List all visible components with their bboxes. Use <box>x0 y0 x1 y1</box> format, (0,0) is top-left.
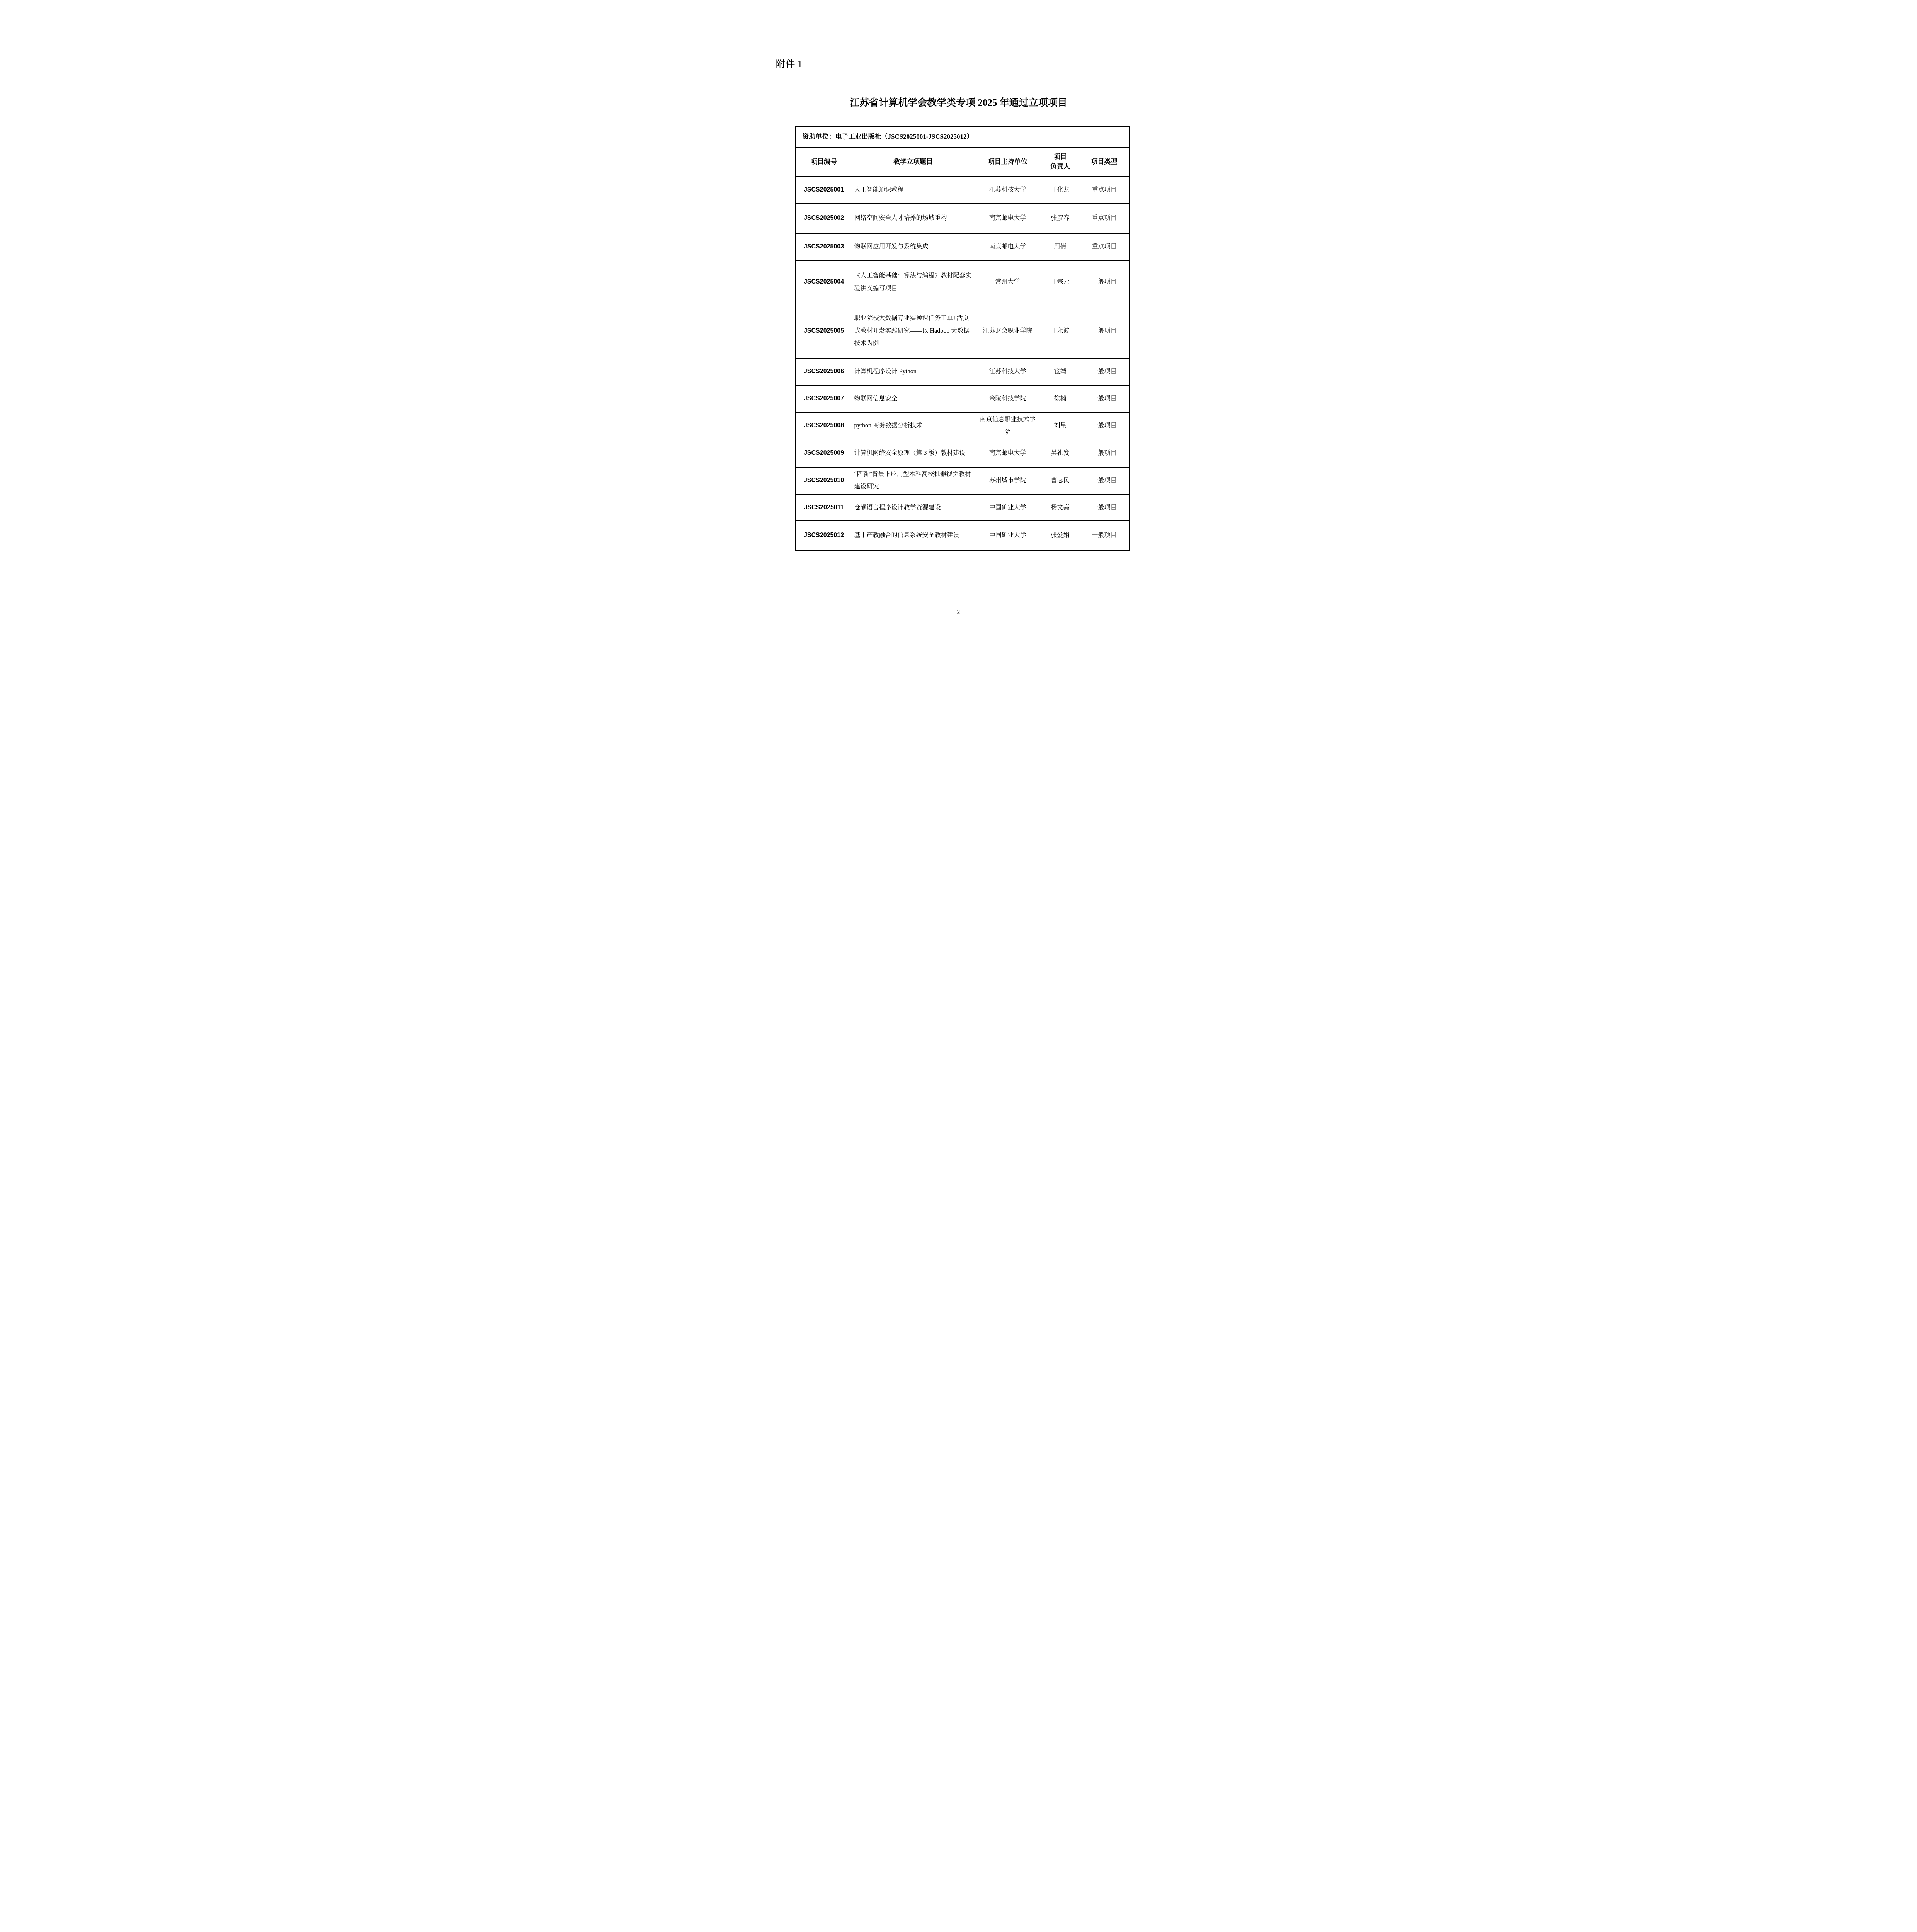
project-type-cell: 一般项目 <box>1080 495 1129 521</box>
column-header-code: 项目编号 <box>796 147 852 177</box>
table-row: JSCS2025008 python 商务数据分析技术 南京信息职业技术学院 刘… <box>796 412 1129 440</box>
project-type-cell: 重点项目 <box>1080 203 1129 233</box>
table-row: JSCS2025001 人工智能通识教程 江苏科技大学 于化龙 重点项目 <box>796 177 1129 204</box>
project-code-cell: JSCS2025011 <box>796 495 852 521</box>
column-header-title: 教学立项题目 <box>852 147 975 177</box>
attachment-label: 附件 1 <box>776 59 803 70</box>
leader-cell: 丁宗元 <box>1041 260 1080 304</box>
project-code-cell: JSCS2025009 <box>796 440 852 467</box>
project-code-cell: JSCS2025003 <box>796 233 852 260</box>
column-header-leader: 项目 负责人 <box>1041 147 1080 177</box>
host-unit-cell: 苏州城市学院 <box>975 467 1041 495</box>
leader-cell: 于化龙 <box>1041 177 1080 204</box>
page-number: 2 <box>719 609 1198 616</box>
project-type-cell: 重点项目 <box>1080 177 1129 204</box>
host-unit-cell: 金陵科技学院 <box>975 385 1041 412</box>
host-unit-cell: 中国矿业大学 <box>975 495 1041 521</box>
sponsor-header-cell: 资助单位：电子工业出版社（JSCS2025001-JSCS2025012） <box>796 126 1129 148</box>
leader-cell: 曹志民 <box>1041 467 1080 495</box>
table-row: JSCS2025009 计算机网络安全原理（第 3 版）教材建设 南京邮电大学 … <box>796 440 1129 467</box>
column-header-leader-line2: 负责人 <box>1042 162 1079 172</box>
column-header-leader-line1: 项目 <box>1042 152 1079 162</box>
project-title-cell: 人工智能通识教程 <box>852 177 975 204</box>
project-code-cell: JSCS2025006 <box>796 358 852 385</box>
leader-cell: 丁永波 <box>1041 304 1080 358</box>
leader-cell: 杨文嘉 <box>1041 495 1080 521</box>
host-unit-cell: 中国矿业大学 <box>975 521 1041 551</box>
project-type-cell: 重点项目 <box>1080 233 1129 260</box>
project-type-cell: 一般项目 <box>1080 521 1129 551</box>
leader-cell: 张彦春 <box>1041 203 1080 233</box>
table-row: JSCS2025012 基于产教融合的信息系统安全教材建设 中国矿业大学 张爱娟… <box>796 521 1129 551</box>
host-unit-cell: 江苏财会职业学院 <box>975 304 1041 358</box>
project-type-cell: 一般项目 <box>1080 304 1129 358</box>
project-code-cell: JSCS2025005 <box>796 304 852 358</box>
project-title-cell: 计算机程序设计 Python <box>852 358 975 385</box>
project-type-cell: 一般项目 <box>1080 467 1129 495</box>
column-header-unit: 项目主持单位 <box>975 147 1041 177</box>
project-title-cell: 《人工智能基础：算法与编程》教材配套实验讲义编写项目 <box>852 260 975 304</box>
table-row: JSCS2025007 物联网信息安全 金陵科技学院 徐楠 一般项目 <box>796 385 1129 412</box>
table-row: JSCS2025004 《人工智能基础：算法与编程》教材配套实验讲义编写项目 常… <box>796 260 1129 304</box>
column-header-row: 项目编号 教学立项题目 项目主持单位 项目 负责人 项目类型 <box>796 147 1129 177</box>
column-header-type: 项目类型 <box>1080 147 1129 177</box>
host-unit-cell: 南京邮电大学 <box>975 440 1041 467</box>
host-unit-cell: 江苏科技大学 <box>975 358 1041 385</box>
table-row: JSCS2025011 仓颉语言程序设计教学资源建设 中国矿业大学 杨文嘉 一般… <box>796 495 1129 521</box>
project-title-cell: 网络空间安全人才培养的场域重构 <box>852 203 975 233</box>
leader-cell: 周倩 <box>1041 233 1080 260</box>
project-title-cell: 仓颉语言程序设计教学资源建设 <box>852 495 975 521</box>
host-unit-cell: 南京邮电大学 <box>975 233 1041 260</box>
project-title-cell: 基于产教融合的信息系统安全教材建设 <box>852 521 975 551</box>
project-code-cell: JSCS2025004 <box>796 260 852 304</box>
host-unit-cell: 南京信息职业技术学院 <box>975 412 1041 440</box>
project-type-cell: 一般项目 <box>1080 412 1129 440</box>
leader-cell: 刘星 <box>1041 412 1080 440</box>
project-title-cell: 职业院校大数据专业实操课任务工单+活页式教材开发实践研究——以 Hadoop 大… <box>852 304 975 358</box>
project-type-cell: 一般项目 <box>1080 440 1129 467</box>
project-title-cell: 计算机网络安全原理（第 3 版）教材建设 <box>852 440 975 467</box>
table-row: JSCS2025010 “四新”背景下应用型本科高校机器视觉教材建设研究 苏州城… <box>796 467 1129 495</box>
host-unit-cell: 常州大学 <box>975 260 1041 304</box>
host-unit-cell: 江苏科技大学 <box>975 177 1041 204</box>
project-title-cell: “四新”背景下应用型本科高校机器视觉教材建设研究 <box>852 467 975 495</box>
table-row: JSCS2025003 物联网应用开发与系统集成 南京邮电大学 周倩 重点项目 <box>796 233 1129 260</box>
projects-table: 资助单位：电子工业出版社（JSCS2025001-JSCS2025012） 项目… <box>795 126 1130 551</box>
table-row: JSCS2025005 职业院校大数据专业实操课任务工单+活页式教材开发实践研究… <box>796 304 1129 358</box>
project-code-cell: JSCS2025008 <box>796 412 852 440</box>
project-title-cell: 物联网信息安全 <box>852 385 975 412</box>
project-title-cell: 物联网应用开发与系统集成 <box>852 233 975 260</box>
leader-cell: 徐楠 <box>1041 385 1080 412</box>
leader-cell: 宦婧 <box>1041 358 1080 385</box>
leader-cell: 张爱娟 <box>1041 521 1080 551</box>
project-type-cell: 一般项目 <box>1080 358 1129 385</box>
leader-cell: 吴礼发 <box>1041 440 1080 467</box>
project-title-cell: python 商务数据分析技术 <box>852 412 975 440</box>
project-code-cell: JSCS2025002 <box>796 203 852 233</box>
table-row: JSCS2025002 网络空间安全人才培养的场域重构 南京邮电大学 张彦春 重… <box>796 203 1129 233</box>
document-title: 江苏省计算机学会教学类专项 2025 年通过立项项目 <box>719 97 1198 109</box>
project-code-cell: JSCS2025007 <box>796 385 852 412</box>
sponsor-row: 资助单位：电子工业出版社（JSCS2025001-JSCS2025012） <box>796 126 1129 148</box>
project-type-cell: 一般项目 <box>1080 385 1129 412</box>
project-code-cell: JSCS2025010 <box>796 467 852 495</box>
table-row: JSCS2025006 计算机程序设计 Python 江苏科技大学 宦婧 一般项… <box>796 358 1129 385</box>
document-page: 附件 1 江苏省计算机学会教学类专项 2025 年通过立项项目 资助单位：电子工… <box>719 0 1198 678</box>
host-unit-cell: 南京邮电大学 <box>975 203 1041 233</box>
project-code-cell: JSCS2025012 <box>796 521 852 551</box>
project-type-cell: 一般项目 <box>1080 260 1129 304</box>
project-code-cell: JSCS2025001 <box>796 177 852 204</box>
